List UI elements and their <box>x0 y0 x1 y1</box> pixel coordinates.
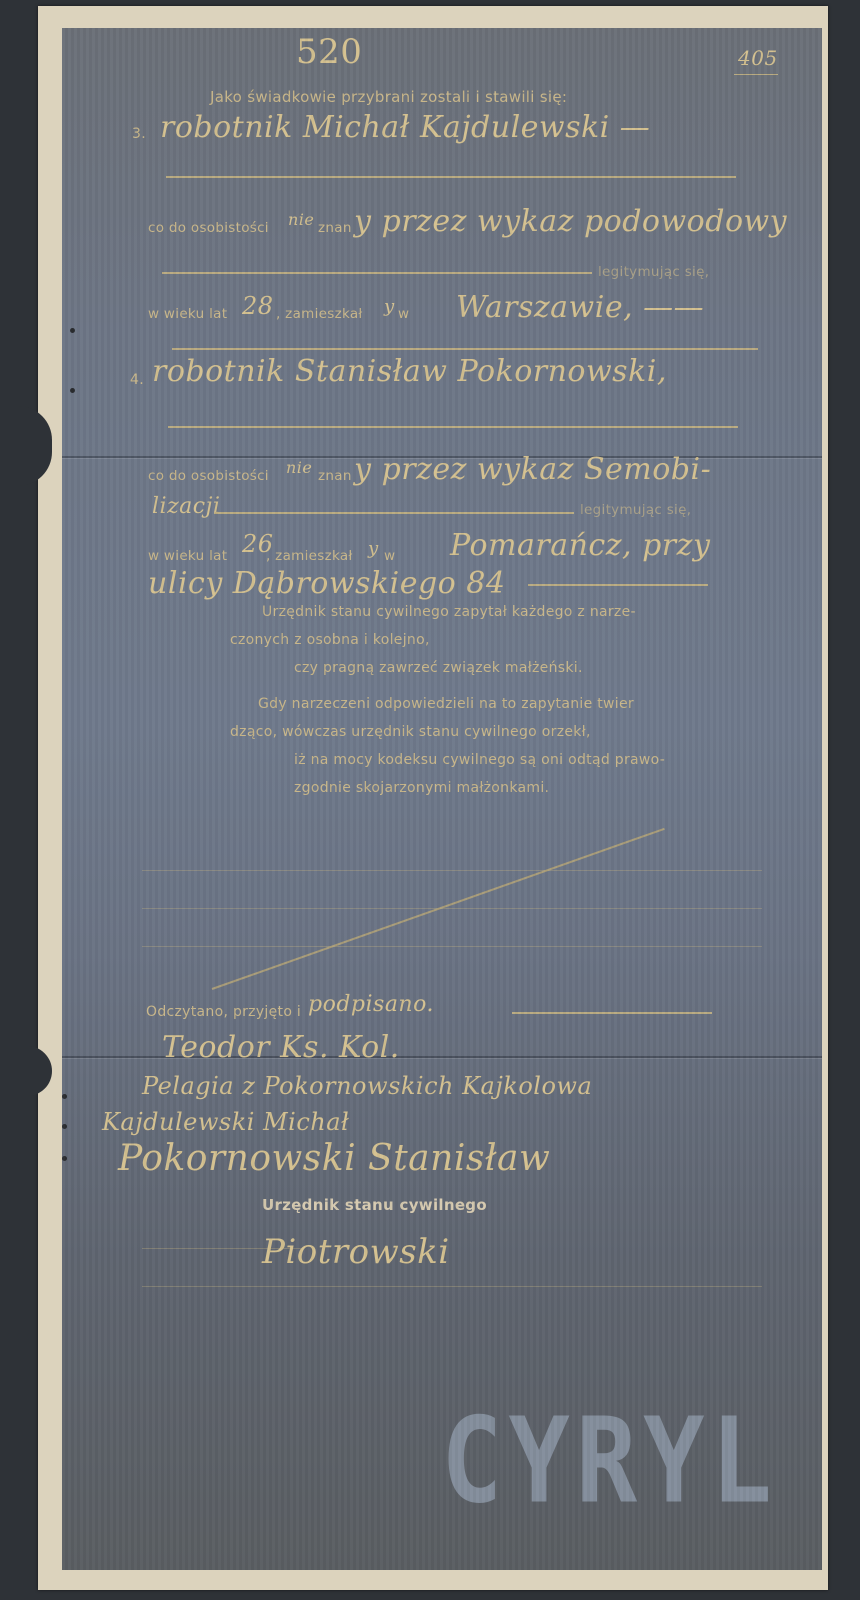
residence-handwritten: Pomarańcz, przy <box>450 528 710 563</box>
identity-handwritten: y przez wykaz Semobi- <box>354 452 711 487</box>
identity-handwritten-cont: lizacji <box>152 494 220 519</box>
ceremony-line: czy pragną zawrzeć związek małżeński. <box>294 660 583 676</box>
witness-name: robotnik Michał Kajdulewski — <box>160 110 650 145</box>
age-value: 28 <box>242 292 274 320</box>
official-signature: Piotrowski <box>262 1232 450 1272</box>
cyryl-watermark: CYRYL <box>441 1393 778 1530</box>
paper-tear <box>18 406 52 486</box>
blank-line <box>142 908 762 909</box>
witness-name: robotnik Stanisław Pokornowski, <box>152 354 667 389</box>
blank-line <box>142 1286 762 1287</box>
identity-label: co do osobistości <box>148 220 269 236</box>
stitch-hole <box>70 388 75 393</box>
residence-suffix: y <box>368 538 379 559</box>
form-line <box>528 584 708 586</box>
blank-line <box>142 870 762 871</box>
ceremony-line: czonych z osobna i kolejno, <box>230 632 430 648</box>
signature-line: Kajdulewski Michał <box>102 1108 349 1136</box>
stitch-hole <box>62 1094 67 1099</box>
form-line <box>168 426 738 428</box>
form-line <box>214 512 574 514</box>
age-label: w wieku lat <box>148 306 227 322</box>
archive-number: 520 <box>296 32 362 72</box>
signature-line: Teodor Ks. Kol. <box>162 1030 400 1065</box>
form-line <box>172 348 758 350</box>
residence-label: , zamieszkał <box>266 548 353 564</box>
ceremony-line: iż na mocy kodeksu cywilnego są oni odtą… <box>294 752 665 768</box>
read-label: Odczytano, przyjęto i <box>146 1004 301 1020</box>
page-number: 405 <box>738 46 778 70</box>
ceremony-line: dząco, wówczas urzędnik stanu cywilnego … <box>230 724 591 740</box>
signature-line: Pokornowski Stanisław <box>118 1138 550 1179</box>
witness-index: 4. <box>130 372 144 388</box>
residence-handwritten-cont: ulicy Dąbrowskiego 84 <box>148 566 505 601</box>
blank-line <box>142 946 762 947</box>
signature-line: Pelagia z Pokornowskich Kajkolowa <box>142 1072 592 1100</box>
paper-tear <box>18 1046 52 1096</box>
witness-index: 3. <box>132 126 146 142</box>
form-line <box>512 1012 712 1014</box>
residence-label: , zamieszkał <box>276 306 363 322</box>
ceremony-line: Urzędnik stanu cywilnego zapytał każdego… <box>262 604 636 620</box>
official-label: Urzędnik stanu cywilnego <box>262 1196 487 1214</box>
identity-label: co do osobistości <box>148 468 269 484</box>
page-number-underline <box>734 74 778 75</box>
form-line <box>162 272 592 274</box>
stitch-hole <box>70 328 75 333</box>
ceremony-line: zgodnie skojarzonymi małżonkami. <box>294 780 549 796</box>
identity-known: znan <box>318 468 352 484</box>
witness-heading: Jako świadkowie przybrani zostali i staw… <box>210 88 567 106</box>
residence-in: w <box>398 306 409 322</box>
identity-known: znan <box>318 220 352 236</box>
stitch-hole <box>62 1156 67 1161</box>
residence-handwritten: Warszawie, —— <box>456 290 704 325</box>
legit-label: legitymując się, <box>598 264 709 280</box>
legit-label: legitymując się, <box>580 502 691 518</box>
identity-handwritten: y przez wykaz podowodowy <box>354 204 787 239</box>
identity-not: nie <box>286 458 312 477</box>
residence-suffix: y <box>384 296 395 317</box>
ceremony-line: Gdy narzeczeni odpowiedzieli na to zapyt… <box>258 696 634 712</box>
document-page: 520 405 Jako świadkowie przybrani zostal… <box>62 28 822 1570</box>
form-line <box>166 176 736 178</box>
residence-in: w <box>384 548 395 564</box>
read-handwritten: podpisano. <box>308 992 434 1017</box>
stitch-hole <box>62 1124 67 1129</box>
age-label: w wieku lat <box>148 548 227 564</box>
identity-not: nie <box>288 210 314 229</box>
